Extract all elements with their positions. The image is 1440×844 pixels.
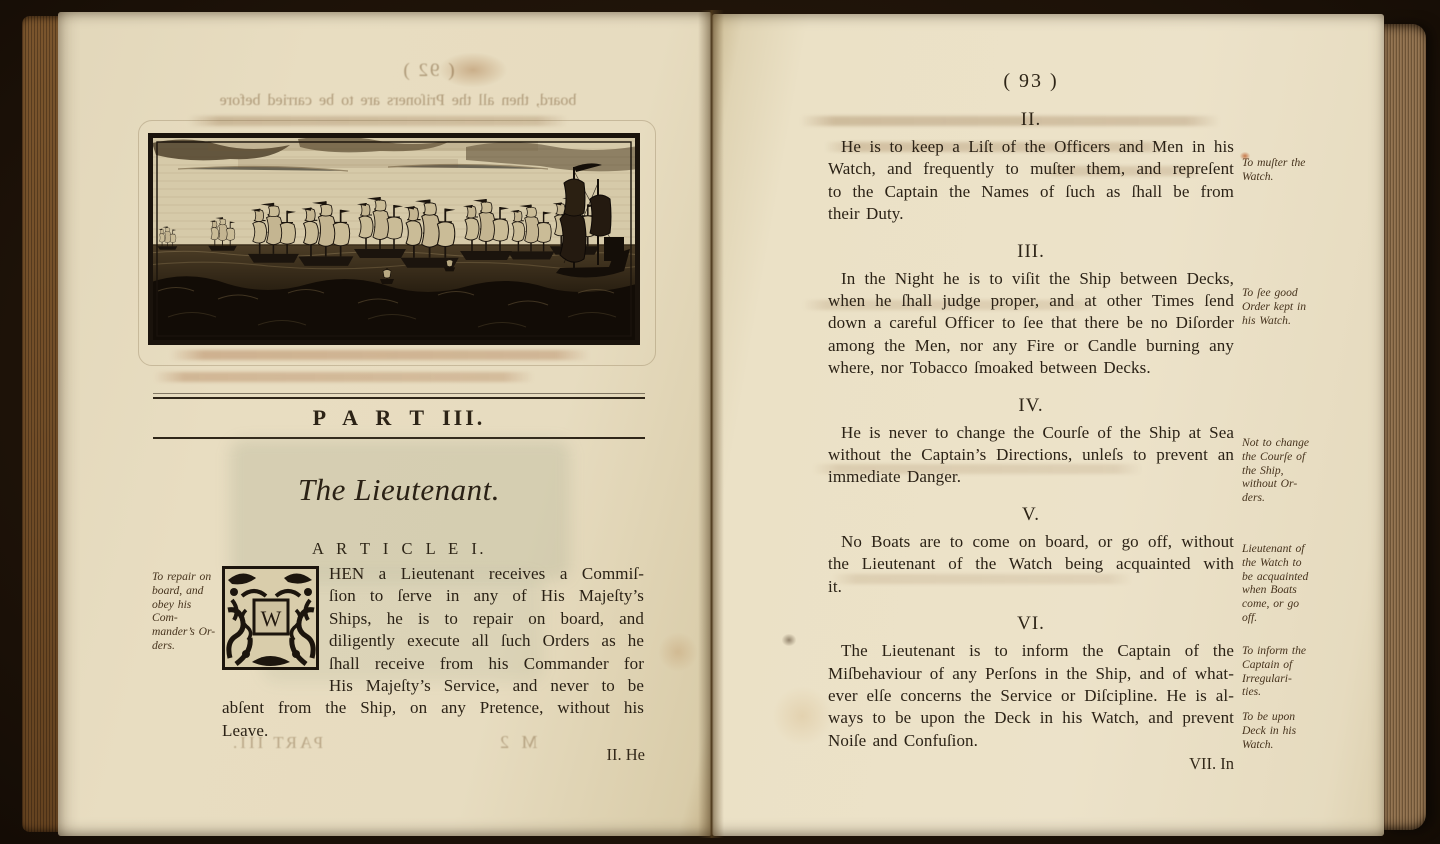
rule [153, 393, 645, 394]
page-edges-left [22, 16, 60, 832]
showthrough-over-engraving [238, 159, 458, 168]
article-6: VI. The Lieutenant is to inform the Capt… [828, 614, 1234, 752]
rule [153, 397, 645, 399]
article-numeral: II. [828, 110, 1234, 130]
margin-note: Lieutenant ofthe Watch tobe acquaintedwh… [1242, 542, 1334, 625]
article-paragraph: W HEN a Lieutenant receives a Commiſ-ſio… [222, 563, 644, 742]
article-4: IV. He is never to change the Courſe of … [828, 396, 1234, 489]
rule [153, 437, 645, 439]
showthrough-plate [230, 440, 570, 580]
showthrough-signature: M 2 [496, 732, 538, 753]
text-column: ( 93 ) II. He is to keep a Liſt of the O… [828, 70, 1234, 774]
margin-note: To be uponDeck in hisWatch. [1242, 710, 1334, 751]
article-numeral: III. [828, 242, 1234, 262]
margin-note: To repair onboard, andobey his Com-mande… [152, 570, 218, 653]
stain [658, 632, 698, 672]
margin-note: To inform theCaptain ofIrregulari-ties. [1242, 644, 1334, 699]
article-3: III. In the Night he is to viſit the Shi… [828, 242, 1234, 380]
article-2: II. He is to keep a Liſt of the Officers… [828, 110, 1234, 226]
showthrough-header-line: board, then all the Priſoners are to be … [118, 92, 678, 110]
article-numeral: VI. [828, 614, 1234, 634]
page-number: ( 93 ) [828, 70, 1234, 94]
article-numeral: IV. [828, 396, 1234, 416]
article-heading: A R T I C L E I. [153, 539, 645, 559]
stain [772, 686, 832, 746]
decorated-initial-woodcut: W [222, 566, 319, 670]
left-page: ( 92 ) board, then all the Priſoners are… [58, 12, 712, 836]
showthrough-blur-line [154, 372, 534, 382]
margin-note: Not to changethe Courſe ofthe Ship,witho… [1242, 436, 1334, 505]
article-5: V. No Boats are to come on board, or go … [828, 505, 1234, 598]
article-paragraph: No Boats are to come on board, or go off… [828, 531, 1234, 598]
showthrough-page-number: ( 92 ) [298, 60, 558, 82]
catchword: VII. In [828, 754, 1234, 774]
catchword: II. He [563, 745, 645, 765]
drop-cap-letter: W [261, 606, 282, 631]
showthrough-signature: PART III. [230, 733, 323, 753]
margin-note: To muſter theWatch. [1242, 156, 1334, 184]
right-page: ( 93 ) II. He is to keep a Liſt of the O… [712, 14, 1384, 836]
book-scan: { "palette":{"paper":"#e8ddc1","ink":"#2… [0, 0, 1440, 844]
margin-note: To ſee goodOrder kept inhis Watch. [1242, 286, 1334, 327]
article-paragraph: He is to keep a Liſt of the Officers and… [828, 136, 1234, 226]
part-heading: P A R T III. [153, 405, 645, 431]
showthrough-blur-line [170, 350, 590, 360]
section-title: The Lieutenant. [153, 472, 645, 508]
article-paragraph: The Lieutenant is to inform the Captain … [828, 640, 1234, 752]
fleet-engraving-svg [148, 133, 640, 345]
page-edges-right [1384, 24, 1426, 830]
naval-fleet-engraving [148, 133, 640, 345]
article-paragraph: He is never to change the Courſe of the … [828, 422, 1234, 489]
stain [782, 634, 796, 646]
article-numeral: V. [828, 505, 1234, 525]
article-paragraph: In the Night he is to viſit the Ship bet… [828, 268, 1234, 380]
